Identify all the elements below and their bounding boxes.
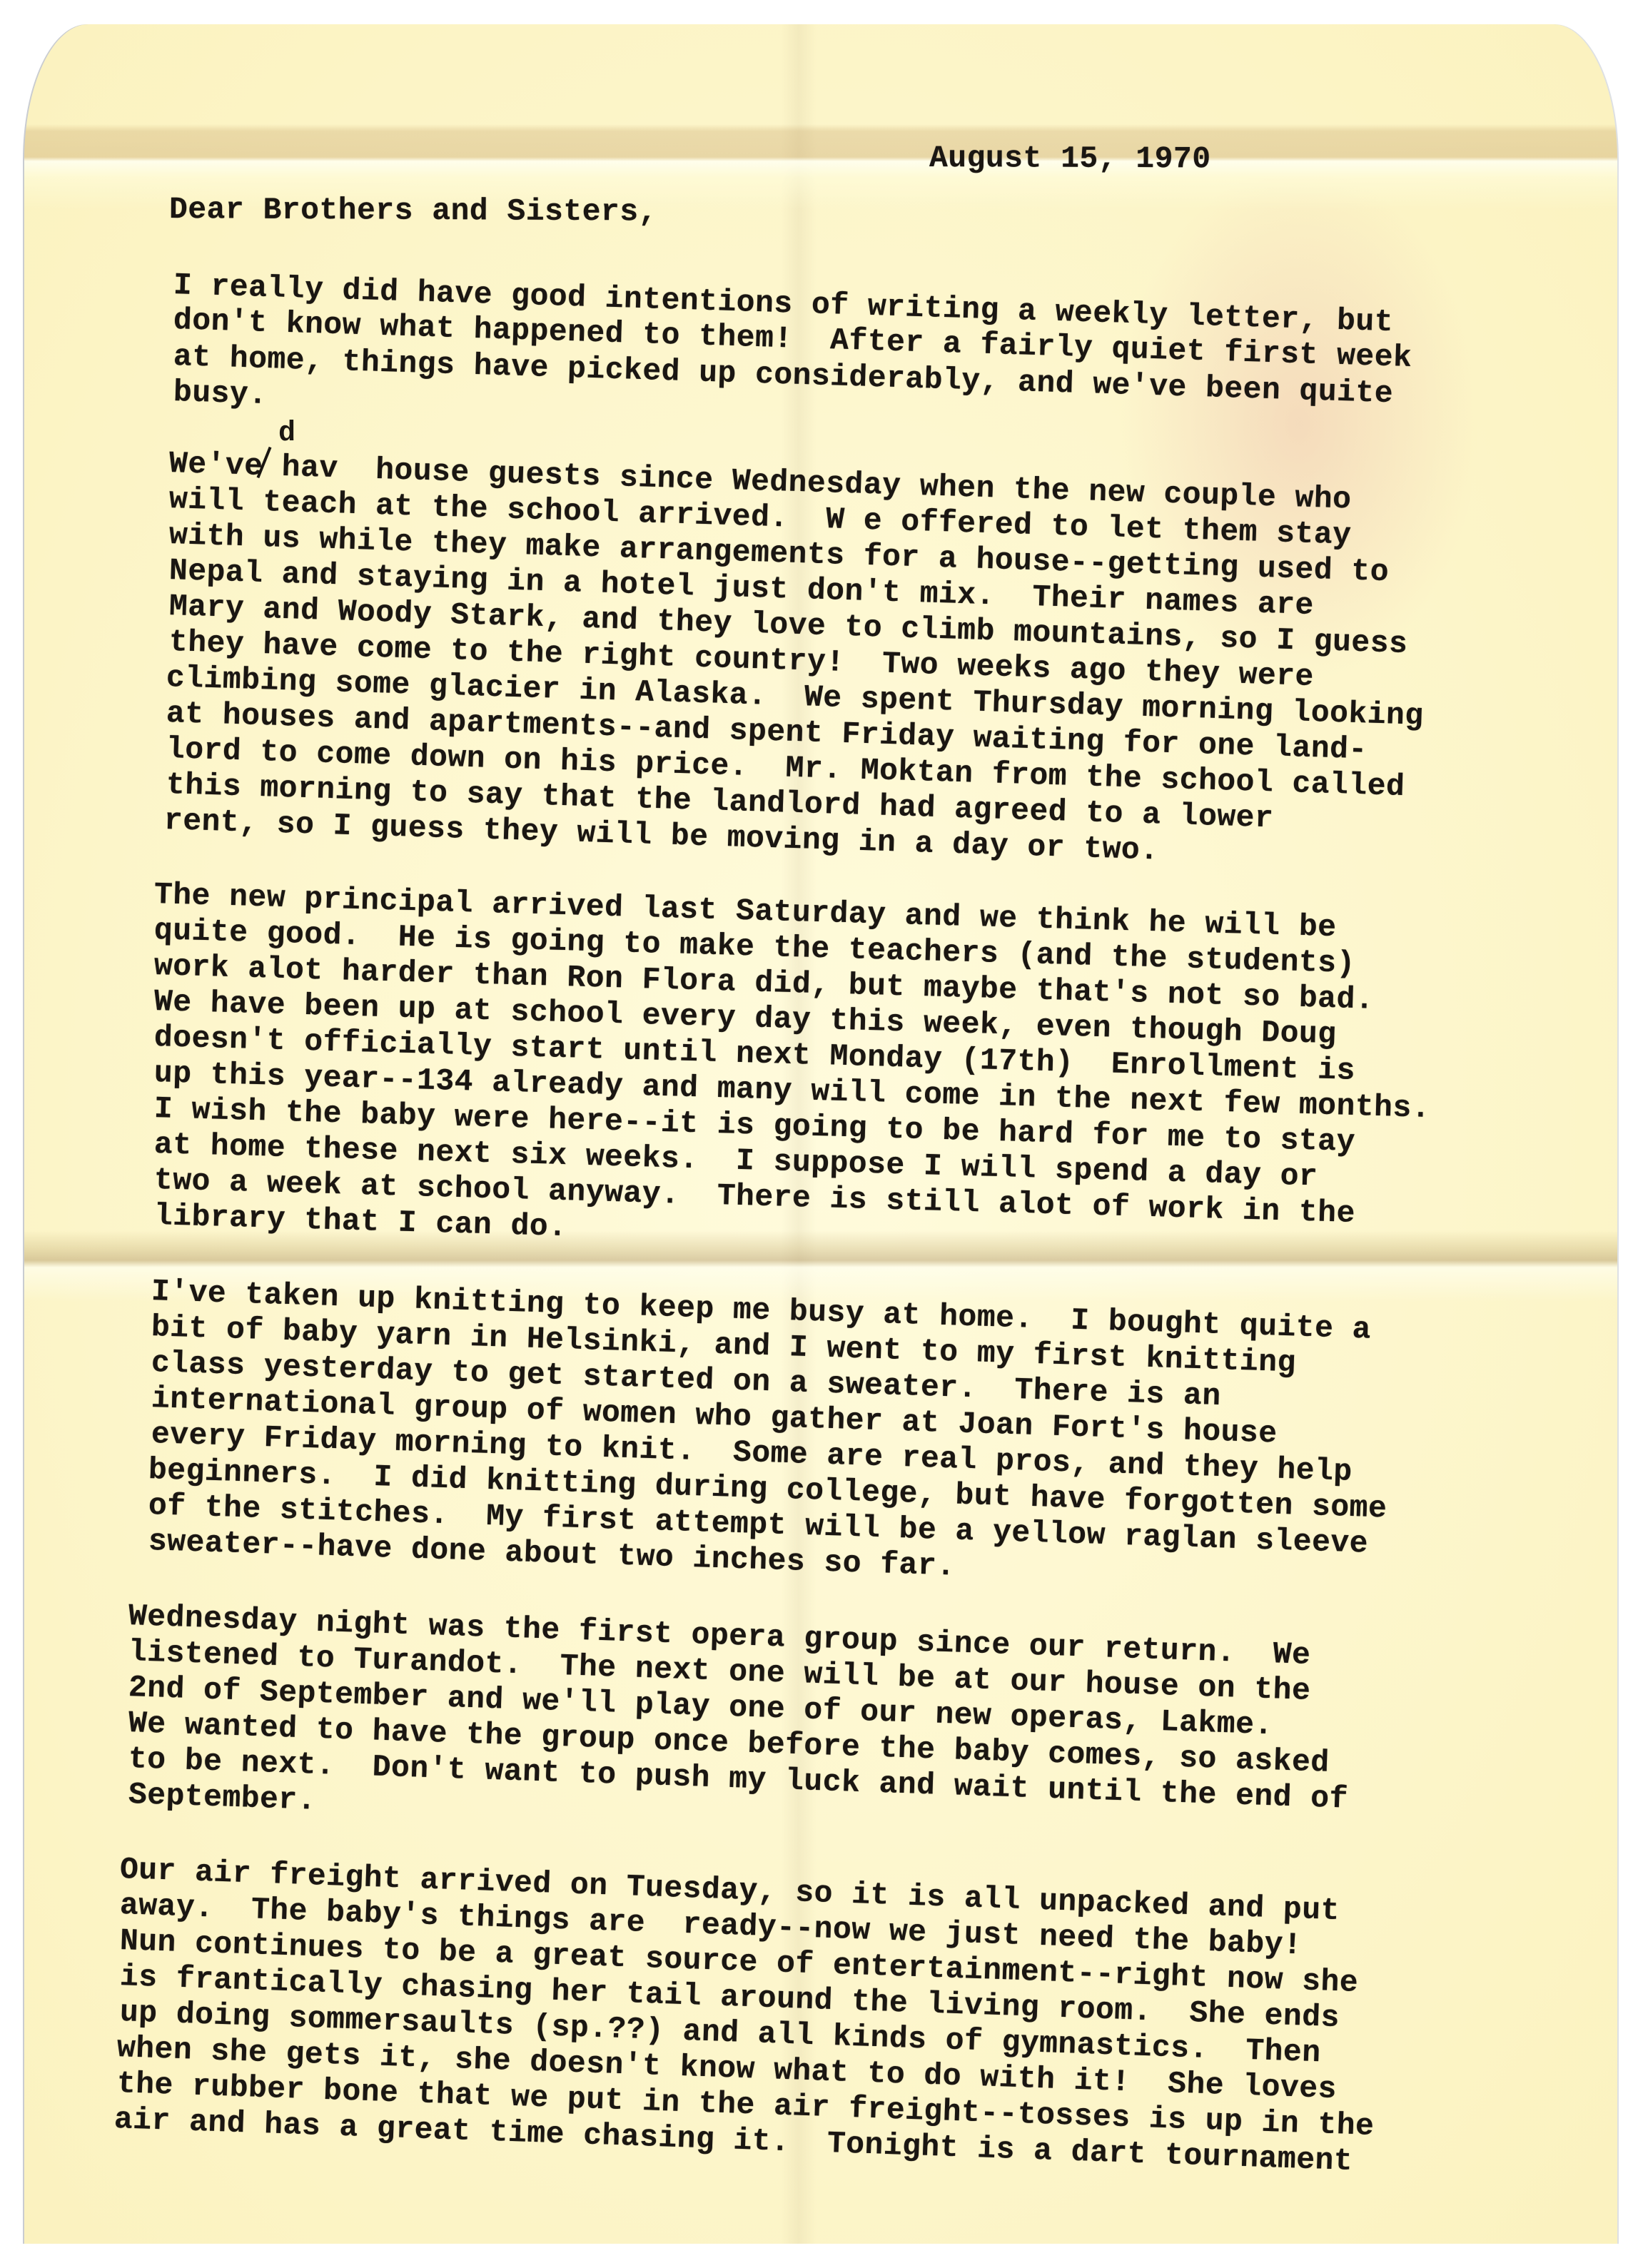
letter-salutation: Dear Brothers and Sisters, <box>169 194 657 228</box>
handwritten-correction: d <box>278 417 295 450</box>
paragraph-1-line-4: busy. <box>173 377 268 410</box>
paragraph-5-line-6: September. <box>128 1779 316 1816</box>
letter-date: August 15, 1970 <box>929 143 1211 174</box>
